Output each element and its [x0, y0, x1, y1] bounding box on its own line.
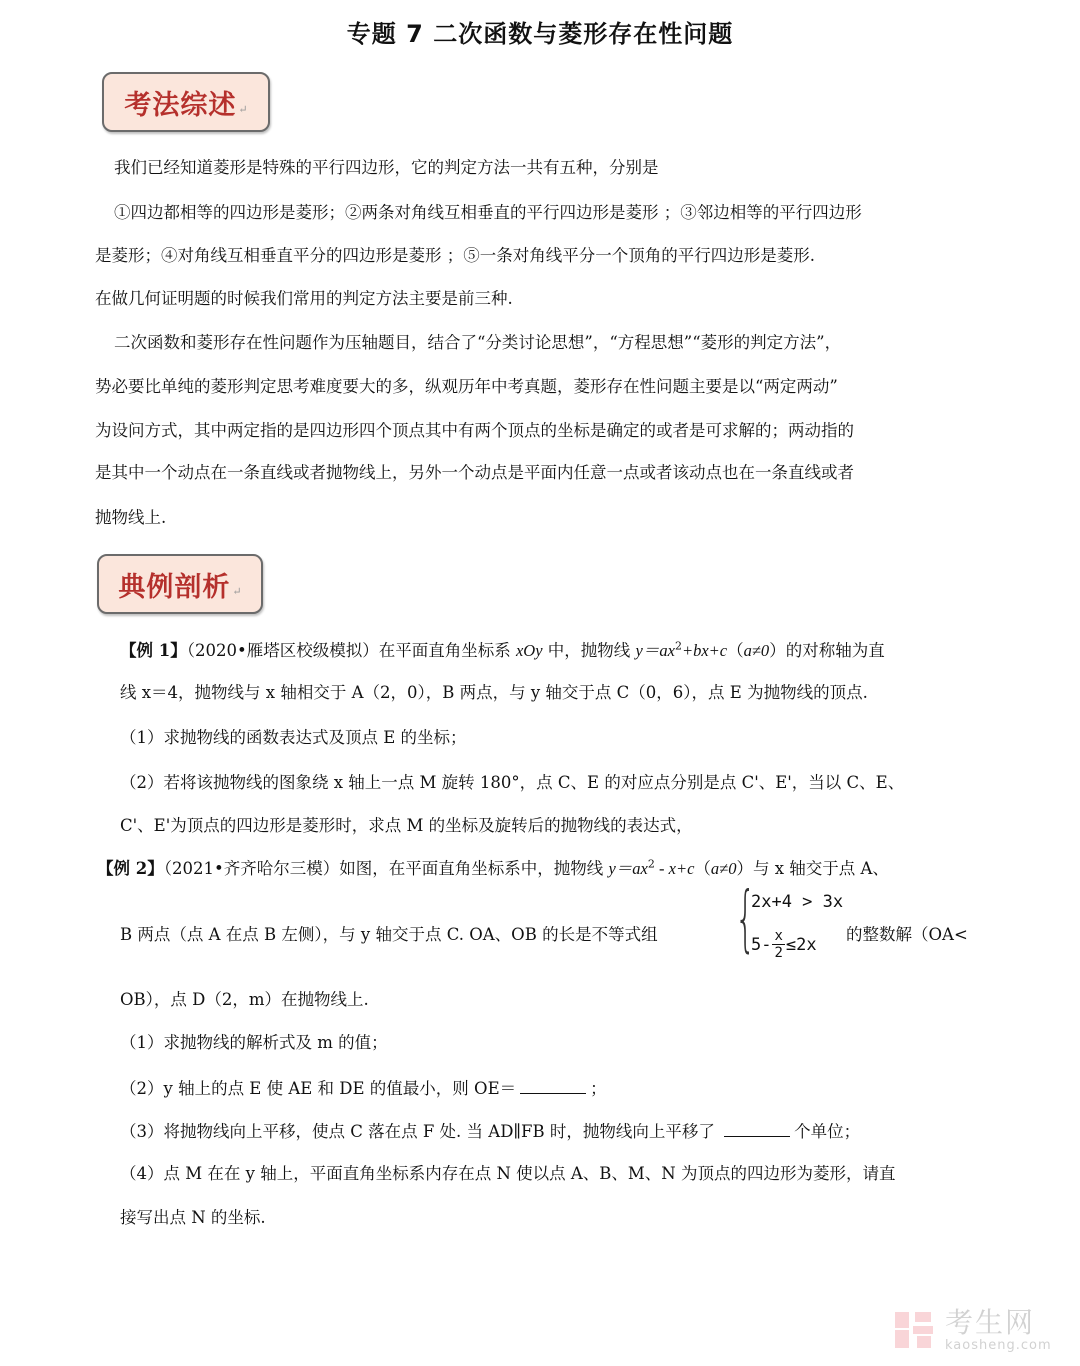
overview-paragraph: 为设问方式，其中两定指的是四边形四个顶点其中有两个顶点的坐标是确定的或者是可求解…	[95, 420, 854, 442]
example1-question-2: （2）若将该抛物线的图象绕 x 轴上一点 M 旋转 180°，点 C、E 的对应…	[120, 772, 904, 794]
math-xoy: xOy	[516, 641, 543, 660]
math-equation: - x+c	[655, 859, 695, 878]
math-equation: y＝ax	[608, 859, 647, 878]
section-heading-examples: 典例剖析 ↵	[97, 554, 263, 614]
text: 5-	[751, 935, 771, 955]
example1-question-2-cont: C'、E'为顶点的四边形是菱形时，求点 M 的坐标及旋转后的抛物线的表达式，	[120, 815, 693, 837]
answer-blank[interactable]	[520, 1077, 586, 1094]
math-condition: a≠0	[744, 641, 770, 660]
text: 在平面直角坐标系	[379, 641, 516, 660]
example2-line1: 【例 2】（2021•齐齐哈尔三模）如图，在平面直角坐标系中，抛物线 y＝ax2…	[97, 858, 889, 880]
example1-tag: 【例 1】	[120, 641, 187, 660]
text: 中，抛物线	[543, 641, 636, 660]
text: ）的对称轴为直	[769, 641, 885, 660]
example1-question-1: （1）求抛物线的函数表达式及顶点 E 的坐标；	[120, 727, 467, 749]
example1-line1: 【例 1】（2020•雁塔区校级模拟）在平面直角坐标系 xOy 中，抛物线 y＝…	[120, 640, 885, 662]
fraction-numerator: x	[772, 928, 784, 945]
text: ）与 x 轴交于点 A、	[736, 859, 888, 878]
watermark: 考生网 kaosheng.com	[895, 1300, 1075, 1360]
overview-paragraph: 是菱形；④对角线互相垂直平分的四边形是菱形 ；⑤一条对角线平分一个顶角的平行四边…	[95, 245, 815, 267]
math-equation: +bx+c	[682, 641, 727, 660]
text: （	[727, 641, 744, 660]
text: ；	[590, 1079, 607, 1098]
example1-line2: 线 x＝4，抛物线与 x 轴相交于 A（2，0），B 两点，与 y 轴交于点 C…	[120, 682, 868, 704]
overview-paragraph: 抛物线上.	[95, 507, 166, 529]
example2-source: （2021•齐齐哈尔三模）	[164, 859, 339, 878]
overview-paragraph: 在做几何证明题的时候我们常用的判定方法主要是前三种.	[95, 288, 513, 310]
math-exponent: 2	[675, 640, 682, 653]
paragraph-mark-icon: ↵	[232, 585, 241, 598]
document-title: 专题 7 二次函数与菱形存在性问题	[0, 14, 1080, 49]
overview-paragraph: 二次函数和菱形存在性问题作为压轴题目，结合了“分类讨论思想”，“方程思想”“菱形…	[114, 332, 841, 354]
overview-paragraph: 我们已经知道菱形是特殊的平行四边形，它的判定方法一共有五种，分别是	[114, 157, 659, 179]
paragraph-mark-icon: ↵	[238, 103, 247, 116]
overview-paragraph: 是其中一个动点在一条直线或者抛物线上，另外一个动点是平面内任意一点或者该动点也在…	[95, 462, 854, 484]
kaosheng-logo-icon	[895, 1310, 935, 1350]
watermark-name: 考生网	[945, 1308, 1052, 1338]
example2-tag: 【例 2】	[97, 859, 164, 878]
overview-paragraph: 势必要比单纯的菱形判定思考难度要大的多，纵观历年中考真题，菱形存在性问题主要是以…	[95, 376, 838, 398]
example2-question-2: （2）y 轴上的点 E 使 AE 和 DE 的值最小，则 OE＝；	[120, 1077, 607, 1100]
watermark-text: 考生网 kaosheng.com	[945, 1308, 1052, 1353]
math-condition: a≠0	[711, 859, 737, 878]
example2-line2-a: B 两点（点 A 在点 B 左侧），与 y 轴交于点 C. OA、OB 的长是不…	[120, 924, 658, 946]
example2-question-4: （4）点 M 在在 y 轴上，平面直角坐标系内存在点 N 使以点 A、B、M、N…	[120, 1163, 895, 1185]
text: 个单位；	[794, 1122, 860, 1141]
section-heading-label: 考法综述	[124, 83, 236, 122]
section-heading-label: 典例剖析	[118, 565, 230, 604]
section-heading-overview: 考法综述 ↵	[102, 72, 270, 132]
example2-question-1: （1）求抛物线的解析式及 m 的值；	[120, 1032, 388, 1054]
text: （3）将抛物线向上平移，使点 C 落在点 F 处. 当 AD∥FB 时，抛物线向…	[120, 1122, 720, 1141]
example2-question-3: （3）将抛物线向上平移，使点 C 落在点 F 处. 当 AD∥FB 时，抛物线向…	[120, 1120, 860, 1143]
text: 如图，在平面直角坐标系中，抛物线	[339, 859, 608, 878]
answer-blank[interactable]	[724, 1120, 790, 1137]
watermark-domain: kaosheng.com	[945, 1338, 1052, 1353]
example2-line2-b: 的整数解（OA<	[846, 924, 968, 946]
inequality-1: 2x+4 > 3x	[751, 892, 843, 912]
example2-question-4-cont: 接写出点 N 的坐标.	[120, 1207, 266, 1229]
text: （2）y 轴上的点 E 使 AE 和 DE 的值最小，则 OE＝	[120, 1079, 516, 1098]
text: ≤2x	[786, 935, 817, 955]
math-exponent: 2	[648, 858, 655, 871]
overview-paragraph: ①四边都相等的四边形是菱形；②两条对角线互相垂直的平行四边形是菱形 ；③邻边相等…	[114, 202, 862, 224]
fraction: x 2	[772, 928, 784, 962]
text: （	[694, 859, 711, 878]
inequality-2: 5- x 2 ≤2x	[751, 928, 817, 962]
example2-line3: OB），点 D（2，m）在抛物线上.	[120, 989, 369, 1011]
math-equation: y＝ax	[636, 641, 675, 660]
fraction-denominator: 2	[774, 945, 782, 962]
example1-source: （2020•雁塔区校级模拟）	[187, 641, 379, 660]
inequality-system: { 2x+4 > 3x 5- x 2 ≤2x	[735, 888, 855, 974]
